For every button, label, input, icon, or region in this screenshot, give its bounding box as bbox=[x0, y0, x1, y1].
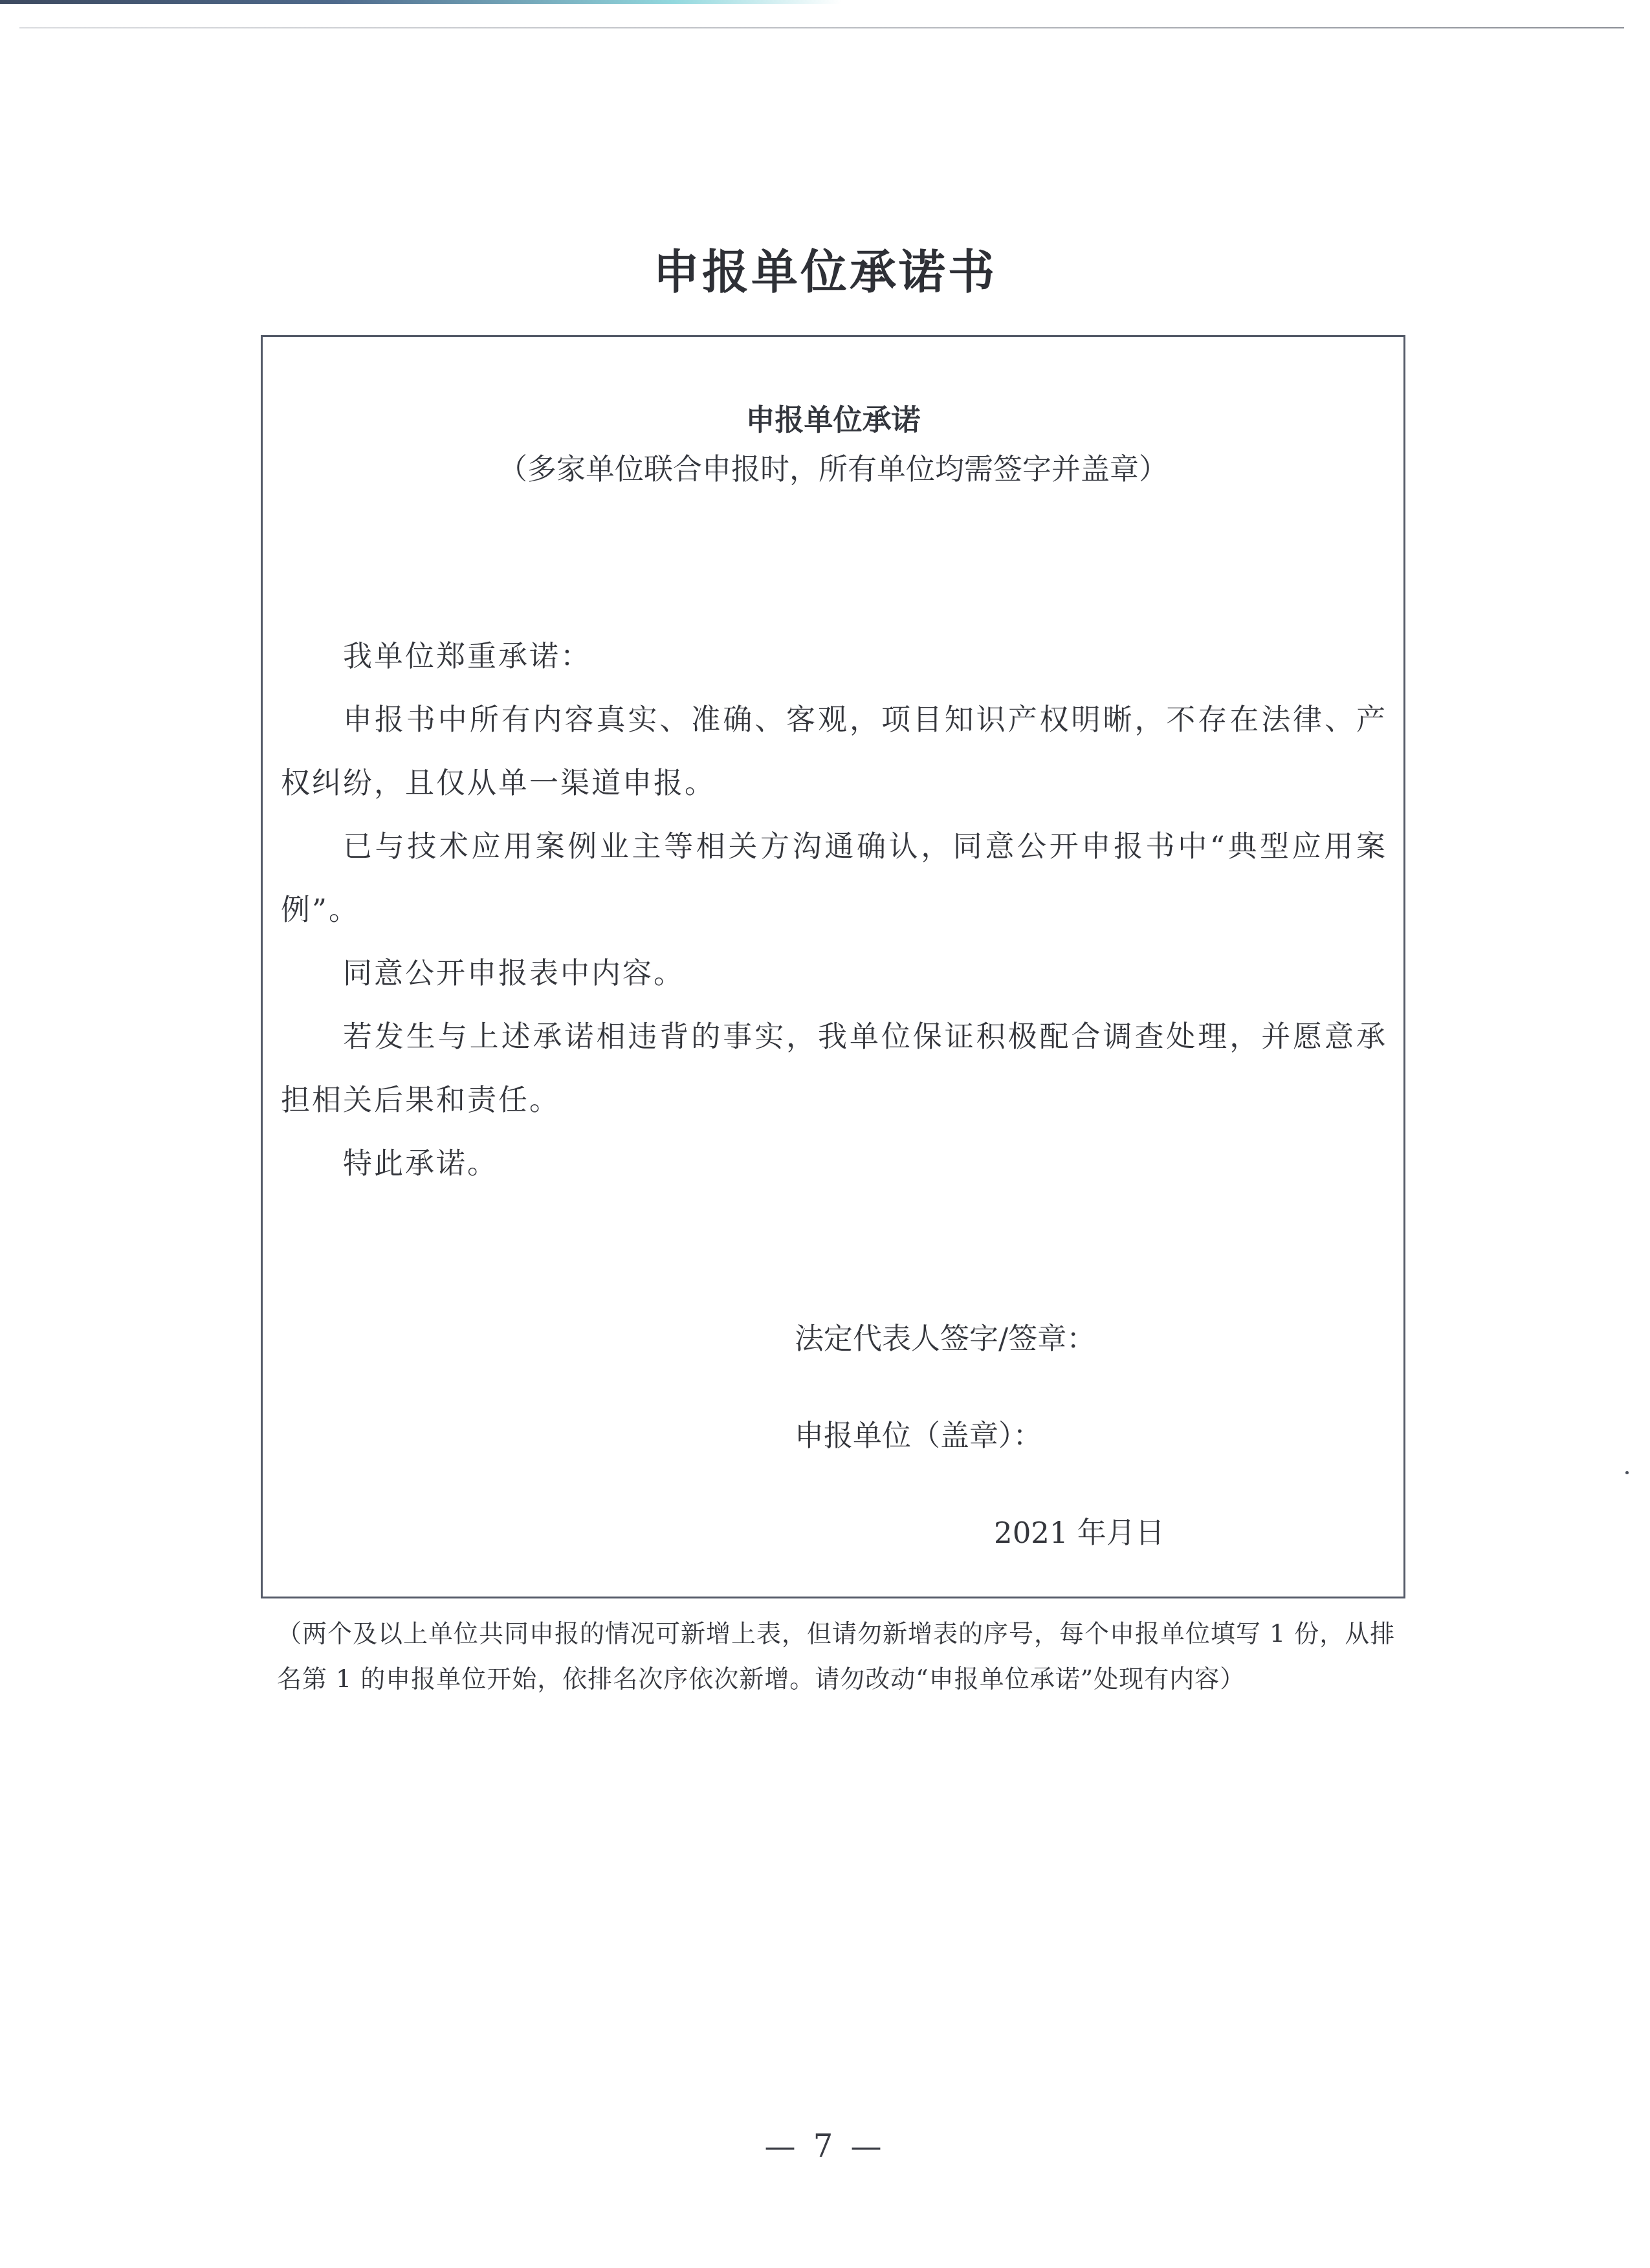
paragraph-closing: 特此承诺。 bbox=[281, 1132, 1387, 1195]
paragraph-form-disclosure: 同意公开申报表中内容。 bbox=[281, 942, 1387, 1005]
commitment-subheading: （多家单位联合申报时，所有单位均需签字并盖章） bbox=[263, 446, 1403, 488]
commitment-heading: 申报单位承诺 bbox=[263, 397, 1403, 439]
paragraph-authenticity: 申报书中所有内容真实、准确、客观，项目知识产权明晰，不存在法律、产权纠纷，且仅从… bbox=[281, 688, 1387, 815]
scan-artifact-top-edge bbox=[0, 0, 841, 4]
paragraph-case-disclosure: 已与技术应用案例业主等相关方沟通确认，同意公开申报书中“典型应用案例”。 bbox=[281, 815, 1387, 942]
scan-speck bbox=[1625, 1471, 1629, 1474]
page-number: — 7 — bbox=[0, 2128, 1650, 2164]
document-title: 申报单位承诺书 bbox=[0, 234, 1650, 301]
commitment-box: 申报单位承诺 （多家单位联合申报时，所有单位均需签字并盖章） 我单位郑重承诺： … bbox=[261, 335, 1405, 1598]
scan-artifact-line bbox=[19, 27, 1624, 28]
legal-representative-signature-label: 法定代表人签字/签章： bbox=[795, 1315, 1095, 1357]
unit-seal-label: 申报单位（盖章）： bbox=[795, 1412, 1042, 1454]
footnote: （两个及以上单位共同申报的情况可新增上表，但请勿新增表的序号，每个申报单位填写 … bbox=[277, 1611, 1416, 1701]
paragraph-liability: 若发生与上述承诺相违背的事实，我单位保证积极配合调查处理，并愿意承担相关后果和责… bbox=[281, 1005, 1387, 1132]
signature-date: 2021 年月日 bbox=[994, 1509, 1165, 1551]
commitment-body: 我单位郑重承诺： 申报书中所有内容真实、准确、客观，项目知识产权明晰，不存在法律… bbox=[281, 625, 1387, 1195]
paragraph-intro: 我单位郑重承诺： bbox=[281, 625, 1387, 688]
